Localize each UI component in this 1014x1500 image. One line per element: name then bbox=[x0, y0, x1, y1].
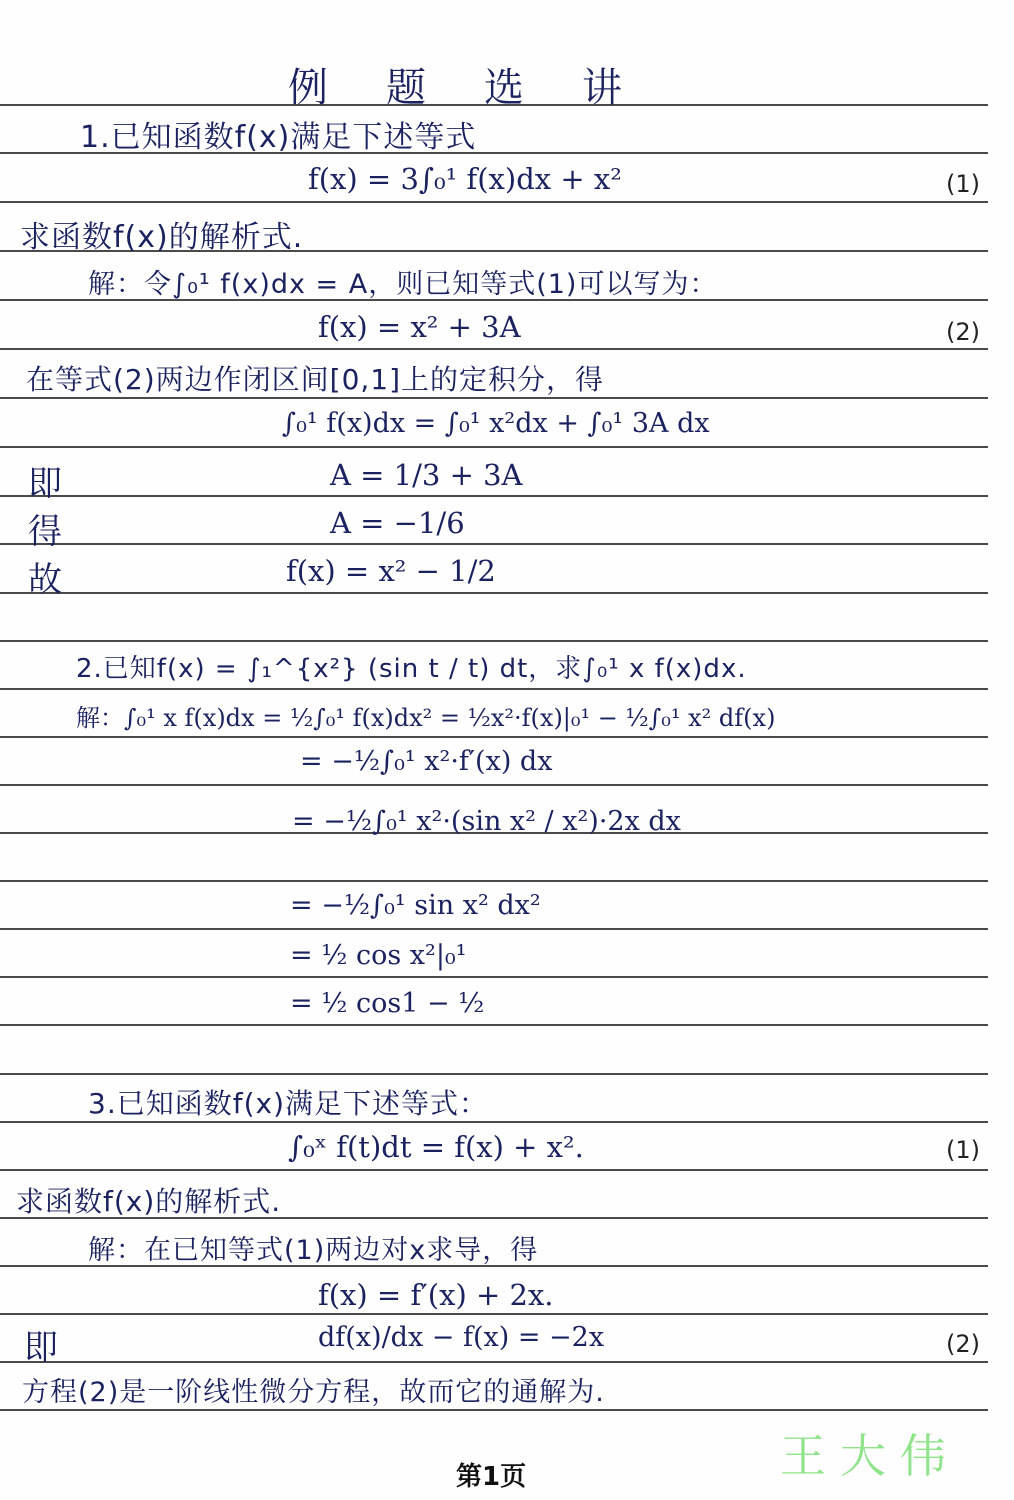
prefix-ji: 即 bbox=[24, 1320, 59, 1369]
problem-3-ask: 求函数f(x)的解析式. bbox=[16, 1180, 281, 1220]
problem-2-solution-line: = ½ cos x²|₀¹ bbox=[290, 940, 467, 971]
ruled-line bbox=[0, 784, 988, 786]
problem-1-statement: 1.已知函数f(x)满足下述等式 bbox=[80, 112, 476, 156]
problem-2-solution-line: 解：∫₀¹ x f(x)dx = ½∫₀¹ f(x)dx² = ½x²·f(x)… bbox=[76, 698, 775, 733]
problem-1-given-equation: f(x) = 3∫₀¹ f(x)dx + x² bbox=[308, 162, 622, 196]
author-watermark: 王大伟 bbox=[780, 1420, 960, 1486]
problem-1-solution-intro: 解：令∫₀¹ f(x)dx = A，则已知等式(1)可以写为： bbox=[88, 262, 717, 301]
problem-2-solution-line: = −½∫₀¹ x²·f′(x) dx bbox=[300, 746, 552, 777]
problem-1-step-text: 在等式(2)两边作闭区间[0,1]上的定积分，得 bbox=[26, 358, 604, 398]
problem-3-given-equation: ∫₀ˣ f(t)dt = f(x) + x². bbox=[288, 1130, 584, 1164]
equation-label: (1) bbox=[946, 1136, 980, 1164]
page-title: 例题选讲 bbox=[288, 56, 680, 113]
ruled-line bbox=[0, 736, 988, 738]
problem-1-line-2: A = −1/6 bbox=[330, 506, 465, 540]
problem-2-statement: 2.已知f(x) = ∫₁^{x²} (sin t / t) dt，求∫₀¹ x… bbox=[76, 648, 747, 685]
problem-1-ask: 求函数f(x)的解析式. bbox=[20, 212, 303, 256]
problem-3-conclusion: 方程(2)是一阶线性微分方程，故而它的通解为. bbox=[22, 1370, 605, 1409]
problem-2-solution-line: = −½∫₀¹ sin x² dx² bbox=[290, 890, 541, 921]
prefix-de: 得 bbox=[28, 504, 63, 553]
problem-2-solution-line: = −½∫₀¹ x²·(sin x² / x²)·2x dx bbox=[292, 806, 681, 837]
equation-label: (2) bbox=[946, 1330, 980, 1358]
page-number: 第1页 bbox=[456, 1456, 526, 1493]
problem-3-derivative-eq: f(x) = f′(x) + 2x. bbox=[318, 1278, 554, 1312]
ruled-line bbox=[0, 1409, 988, 1411]
ruled-line bbox=[0, 201, 988, 203]
ruled-line bbox=[0, 1169, 988, 1171]
equation-label: (1) bbox=[946, 170, 980, 198]
prefix-gu: 故 bbox=[28, 552, 63, 601]
ruled-line bbox=[0, 1024, 988, 1026]
ruled-line bbox=[0, 1361, 988, 1363]
ruled-line bbox=[0, 348, 988, 350]
ruled-line bbox=[0, 928, 988, 930]
problem-3-statement: 3.已知函数f(x)满足下述等式： bbox=[88, 1082, 488, 1122]
problem-1-step-equation: ∫₀¹ f(x)dx = ∫₀¹ x²dx + ∫₀¹ 3A dx bbox=[282, 408, 710, 439]
ruled-line bbox=[0, 688, 988, 690]
ruled-line bbox=[0, 976, 988, 978]
problem-1-eq2: f(x) = x² + 3A bbox=[318, 310, 521, 344]
ruled-line bbox=[0, 495, 988, 497]
ruled-line bbox=[0, 1073, 988, 1075]
ruled-line bbox=[0, 446, 988, 448]
ruled-line bbox=[0, 1313, 988, 1315]
ruled-line bbox=[0, 543, 988, 545]
problem-1-line-3: f(x) = x² − 1/2 bbox=[286, 554, 496, 588]
problem-3-eq2: df(x)/dx − f(x) = −2x bbox=[318, 1322, 604, 1353]
problem-1-line-1: A = 1/3 + 3A bbox=[330, 458, 522, 492]
prefix-ji: 即 bbox=[28, 456, 63, 505]
notebook-page: 例题选讲 1.已知函数f(x)满足下述等式 f(x) = 3∫₀¹ f(x)dx… bbox=[0, 0, 1014, 1500]
problem-3-solution-intro: 解：在已知等式(1)两边对x求导，得 bbox=[88, 1228, 538, 1267]
ruled-line bbox=[0, 592, 988, 594]
problem-2-solution-line: = ½ cos1 − ½ bbox=[290, 988, 484, 1019]
equation-label: (2) bbox=[946, 318, 980, 346]
ruled-line bbox=[0, 880, 988, 882]
ruled-line bbox=[0, 640, 988, 642]
